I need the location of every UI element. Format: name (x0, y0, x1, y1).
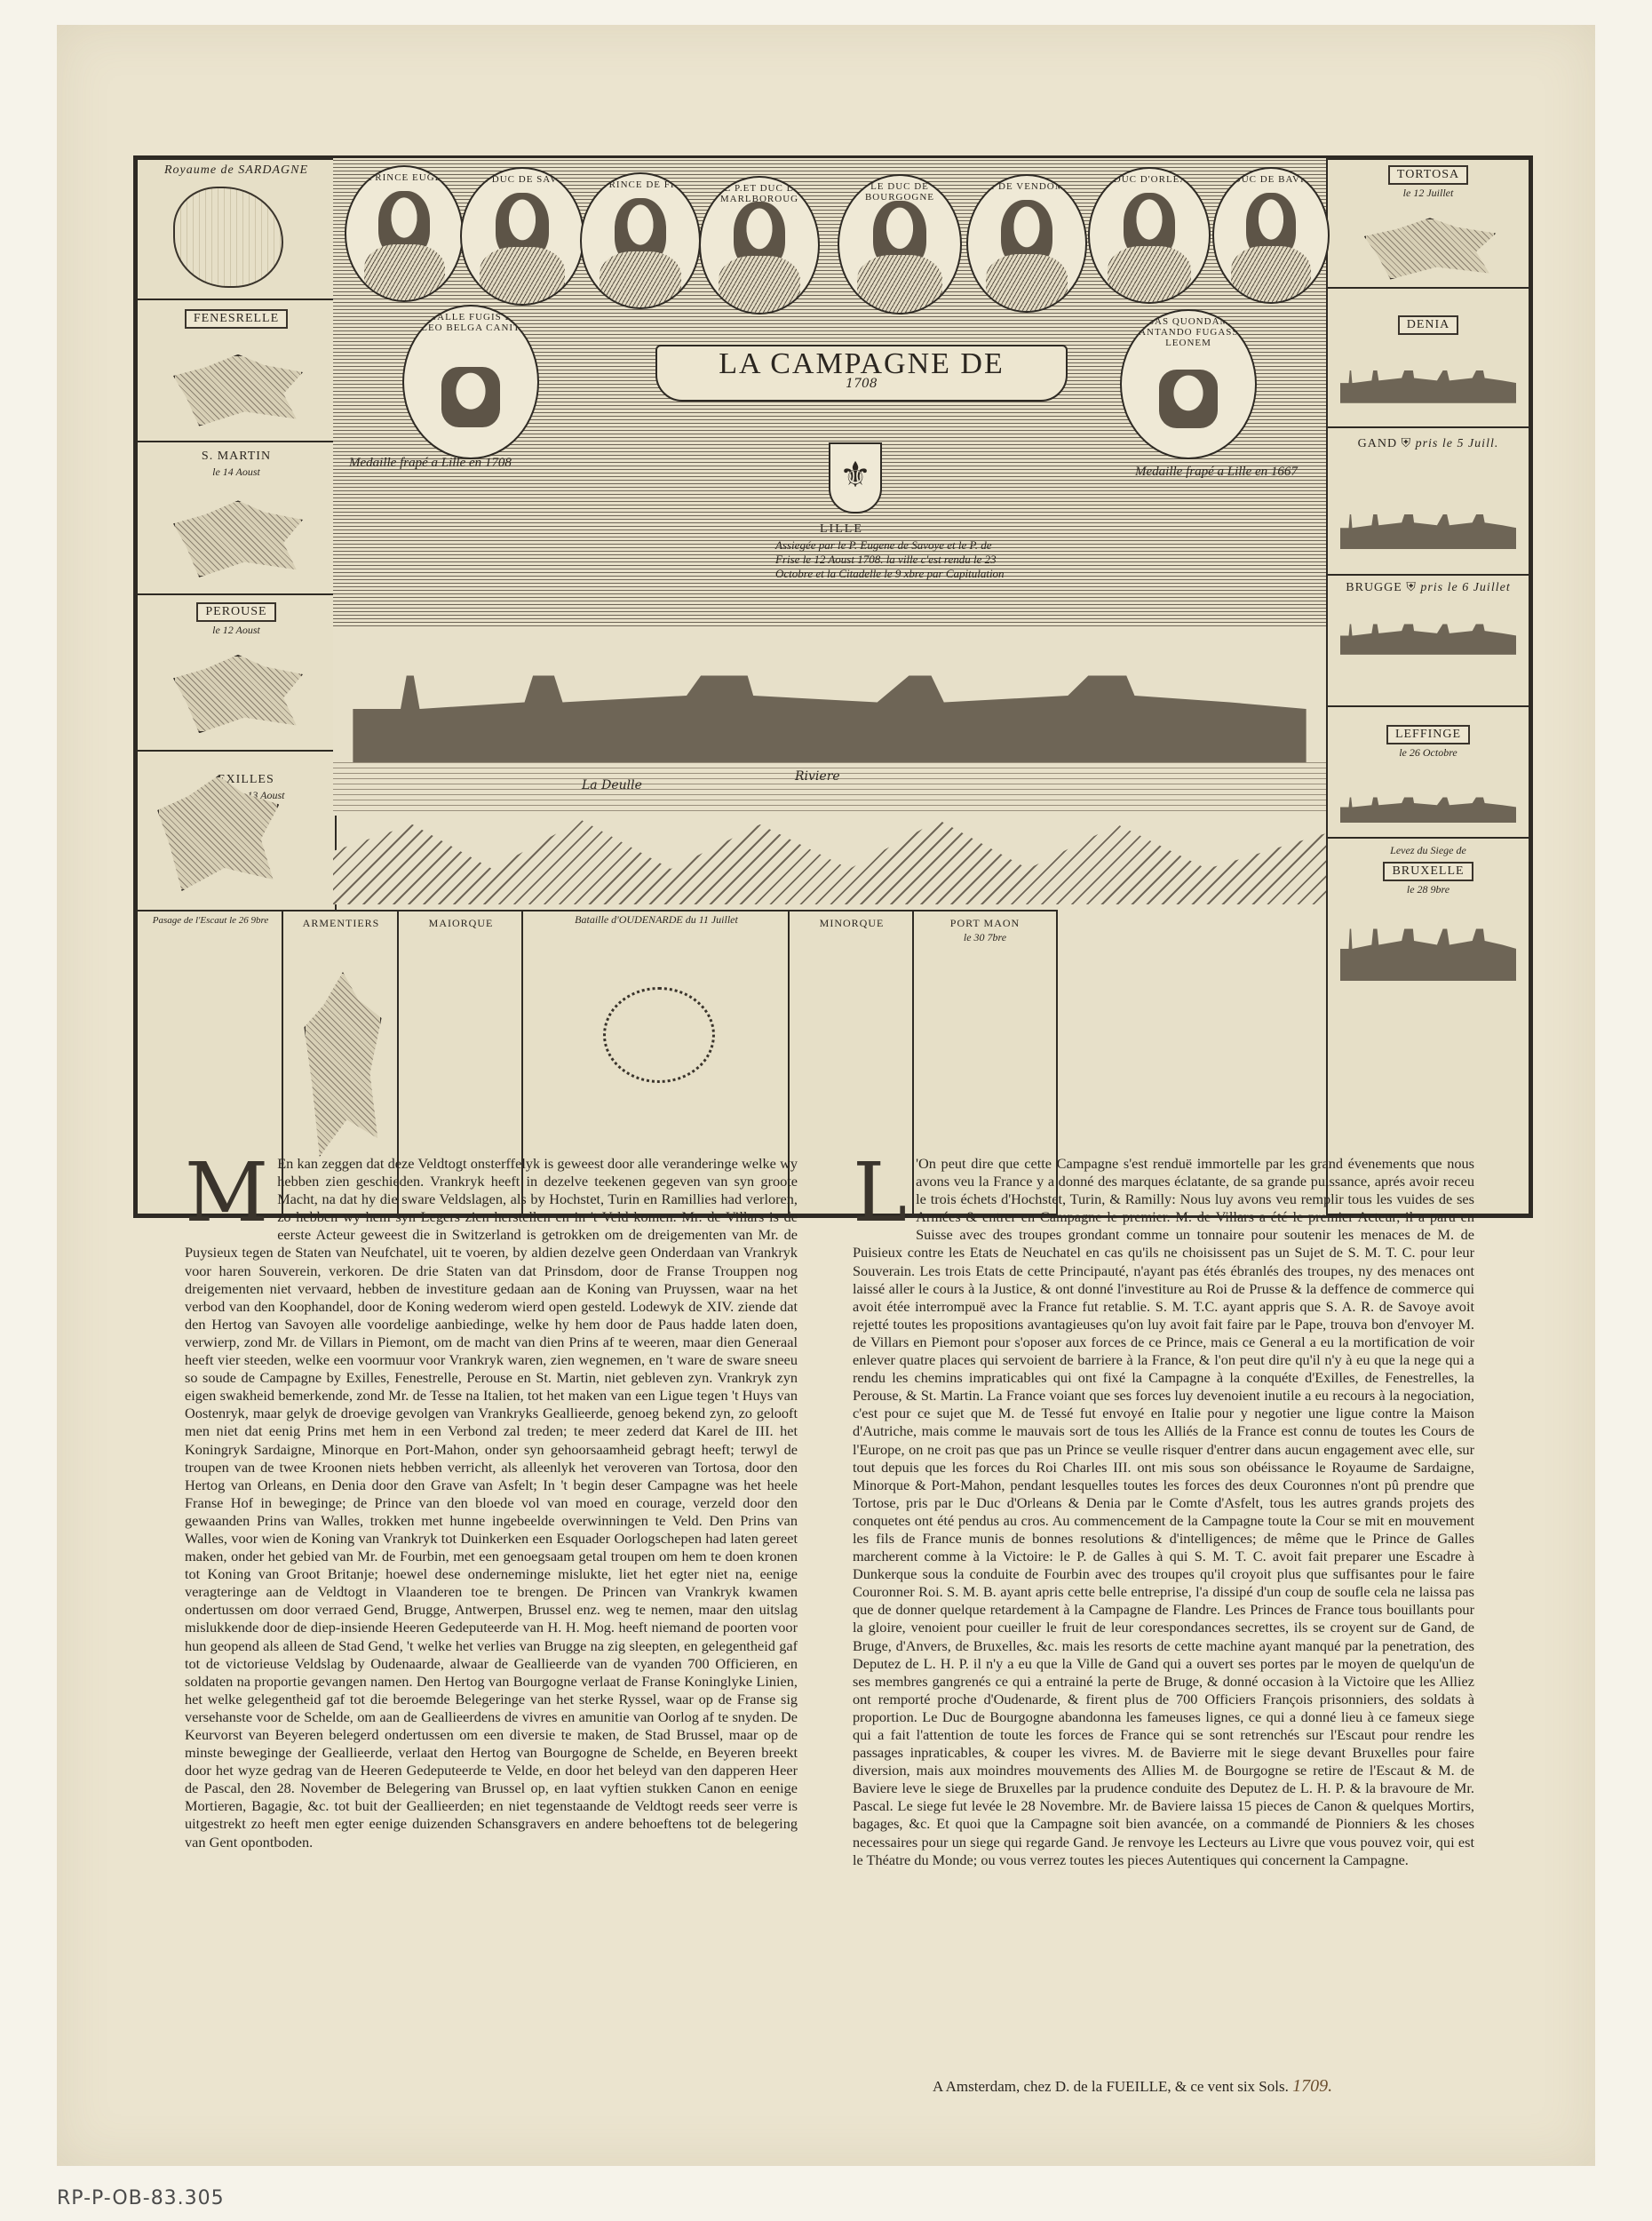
engraving-plate: Royaume de SARDAGNE FENESRELLE S. MARTIN… (133, 155, 1533, 1218)
panel-title: PORT MAON (914, 917, 1056, 930)
lille-coat-of-arms: ⚜ (829, 442, 882, 513)
french-body: 'On peut dire que cette Campagne s'est r… (853, 1155, 1474, 1869)
lille-panorama (333, 629, 1326, 762)
panel-date: le 28 9bre (1328, 883, 1529, 896)
panel-title: ARMENTIERS (283, 917, 399, 930)
panel-title: PEROUSE (196, 602, 275, 622)
city-name: LILLE (820, 522, 863, 537)
portrait-medallion: LE PRINCE DE FRISE (580, 172, 701, 309)
fortification-zigzag (333, 816, 1326, 904)
panel-title: MAIORQUE (399, 917, 523, 930)
panel-title: Pasage de l'Escaut le 26 9bre (138, 915, 283, 926)
panel-denia: DENIA (1326, 287, 1530, 430)
panel-st-martin: S. MARTIN le 14 Aoust (136, 441, 337, 597)
french-text-column: L 'On peut dire que cette Campagne s'est… (853, 1155, 1474, 1869)
island-map (173, 187, 283, 288)
medal-lion-rooster-1667: BAS QUONDAM CANTANDO FUGASSE LEONEM (1120, 309, 1257, 459)
medal-lion-1708: TU GALLE FUGIS DUM LEO BELGA CANIT (402, 305, 539, 459)
portrait-medallion: LE DUC DE BAVIERE (1212, 167, 1330, 304)
coat-of-arms-icon: ⛨ (1402, 437, 1412, 450)
panel-date: le 26 Octobre (1328, 746, 1529, 760)
panel-title: BRUGGE ⛨ pris le 6 Juillet (1328, 581, 1529, 595)
panel-date: le 12 Aoust (138, 624, 335, 637)
panel-sardinia-map: Royaume de SARDAGNE (136, 158, 337, 302)
portrait-medallion: LE PRINCE EUGENE (345, 165, 464, 302)
river-label: La Deulle (582, 778, 642, 792)
dropcap: M (185, 1158, 268, 1228)
coat-of-arms-icon: ⛨ (1406, 581, 1417, 594)
panel-title: TORTOSA (1388, 165, 1468, 185)
panel-date: le 30 7bre (914, 931, 1056, 944)
portrait-medallion: M. DE VENDOME (966, 174, 1087, 313)
dutch-body: En kan zeggen dat deze Veldtogt onsterff… (185, 1155, 798, 1851)
panel-title: GAND ⛨ pris le 5 Juill. (1328, 437, 1529, 451)
battle-formation (603, 987, 715, 1083)
panel-exilles: EXILLES pris le 13 Aoust (136, 750, 337, 913)
panel-title: EXILLES (218, 773, 335, 787)
panel-title: Royaume de SARDAGNE (138, 163, 335, 178)
panel-title: MINORQUE (790, 917, 914, 930)
panel-fenesrelle: FENESRELLE (136, 299, 337, 444)
siege-caption: Assiegée par le P. Eugene de Savoye et l… (775, 538, 1015, 581)
medal-caption-right: Medaille frapé a Lille en 1667 (1135, 465, 1298, 480)
panel-date: le 12 Juillet (1328, 187, 1529, 200)
river-label: Riviere (795, 769, 840, 784)
town-view (1340, 784, 1517, 823)
medal-caption-left: Medaille frapé a Lille en 1708 (349, 456, 512, 471)
panel-title: LEFFINGE (1386, 725, 1470, 744)
dropcap: L (853, 1158, 907, 1228)
portrait-medallion: LE DUC DE BOURGOGNE (838, 174, 962, 314)
catalog-number: RP-P-OB-83.305 (57, 2187, 225, 2209)
town-view (1340, 901, 1517, 981)
panel-date: le 14 Aoust (138, 466, 335, 479)
portrait-medallion: LE DUC D'ORLEANS (1088, 167, 1211, 304)
fortress-view (1364, 218, 1497, 279)
panel-title: DENIA (1398, 315, 1459, 335)
fortress-plan (173, 354, 303, 426)
dutch-text-column: M En kan zeggen dat deze Veldtogt onster… (185, 1155, 798, 1851)
portrait-medallion: LE P.ET DUC DE MARLBOROUG (699, 176, 820, 314)
panel-header: Levez du Siege de (1328, 844, 1529, 857)
town-view (1340, 496, 1517, 549)
town-view (1340, 353, 1517, 403)
town-view (1340, 608, 1517, 655)
panel-title: S. MARTIN (138, 450, 335, 464)
panel-brugge: BRUGGE ⛨ pris le 6 Juillet (1326, 574, 1530, 709)
panel-gand: GAND ⛨ pris le 5 Juill. (1326, 426, 1530, 577)
panel-perouse: PEROUSE le 12 Aoust (136, 593, 337, 753)
title-banner: LA CAMPAGNE DE 1708 (655, 345, 1068, 402)
imprint: A Amsterdam, chez D. de la FUEILLE, & ce… (933, 2076, 1332, 2097)
panel-leffinge: LEFFINGE le 26 Octobre (1326, 705, 1530, 840)
handwritten-date: 1709. (1292, 2076, 1332, 2096)
panel-title: BRUXELLE (1383, 862, 1473, 881)
battle-caption: Bataille d'OUDENARDE du 11 Juillet (523, 913, 790, 927)
river: La Deulle Riviere (333, 762, 1326, 816)
fortress-plan (173, 500, 303, 577)
portrait-medallion: LE DUC DE SAVOI (460, 167, 584, 306)
fortress-plan (173, 655, 303, 733)
panel-title: FENESRELLE (185, 309, 288, 329)
panel-tortosa: TORTOSA le 12 Juillet (1326, 158, 1530, 291)
